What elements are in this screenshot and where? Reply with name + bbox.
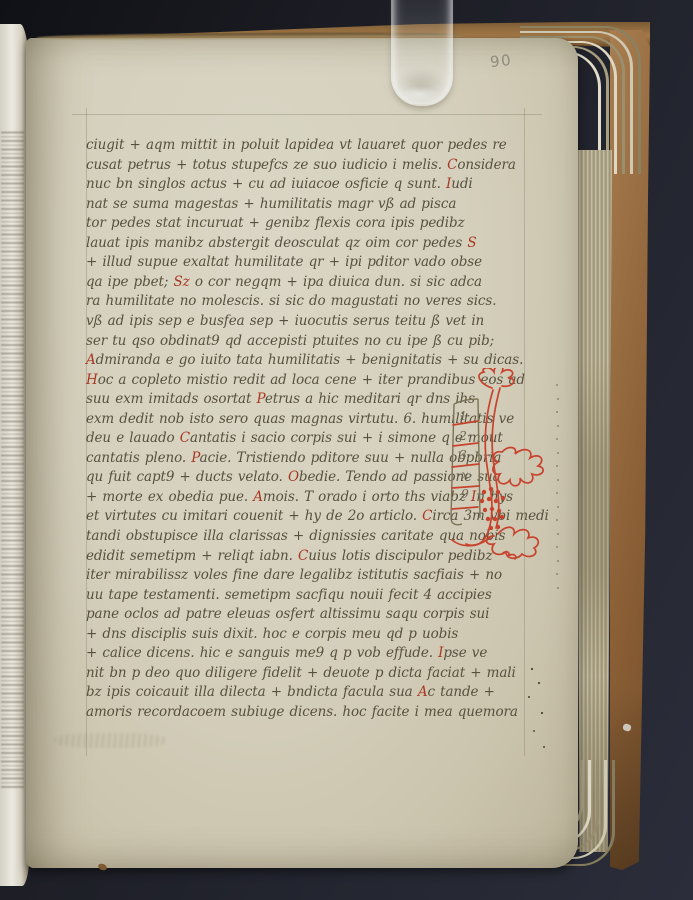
- rubricated-text: P: [191, 449, 199, 466]
- ink-text: tor pedes stat incuruat + genibz flexis …: [86, 215, 465, 232]
- prick-hole: [556, 573, 558, 575]
- ink-text: qa ipe pbet;: [86, 273, 173, 290]
- ink-text: cantatis pleno.: [86, 449, 191, 466]
- ink-text: ser tu qso obdinat9 qd accepisti ptuites…: [86, 332, 494, 349]
- ink-showthrough: [54, 733, 166, 748]
- ink-text: onsidera: [457, 156, 515, 173]
- margin-numeral: ·x·: [453, 468, 477, 488]
- parchment-tear-speck: [97, 863, 108, 872]
- ink-text: pane oclos ad patre eleuas osfert altiss…: [86, 606, 489, 623]
- manuscript-line: + illud supue exaltat humilitate qr + ip…: [86, 254, 532, 271]
- prick-hole: [556, 519, 558, 521]
- prick-hole: [556, 465, 558, 467]
- manuscript-line: + dns disciplis suis dixit. hoc e corpis…: [86, 625, 532, 642]
- grape-cluster: [480, 487, 505, 530]
- ink-text: vß ad ipis sep e busfea sep + iuocutis s…: [86, 313, 484, 330]
- rubricated-text: C: [180, 430, 190, 447]
- rubricated-text: C: [422, 508, 432, 525]
- manuscript-line: lauat ipis manibz abstergit deosculat qz…: [86, 234, 532, 251]
- manuscript-line: ser tu qso obdinat9 qd accepisti ptuites…: [86, 332, 532, 349]
- ink-text: + illud supue exaltat humilitate qr + ip…: [86, 254, 482, 271]
- folio-number: 90: [489, 51, 513, 71]
- rubricated-text: O: [288, 469, 299, 486]
- manuscript-line: ra humilitate no molescis. si sic do mag…: [86, 293, 532, 310]
- ink-text: ra humilitate no molescis. si sic do mag…: [86, 293, 496, 310]
- ink-text: qu fuit capt9 + ducts velato.: [86, 469, 288, 486]
- rubricated-text: S: [467, 234, 476, 251]
- facing-page-text-showthrough: [1, 129, 24, 789]
- ink-text: uu tape testamenti. semetipm sacfiqu nou…: [86, 586, 492, 603]
- manuscript-line: + calice dicens. hic e sanguis me9 q p v…: [86, 645, 532, 662]
- ink-text: + calice dicens. hic e sanguis me9 q p v…: [86, 645, 438, 662]
- ink-text: o cor negqm + ipa diuica dun. si sic adc…: [190, 273, 482, 290]
- ink-text: bz ipis coicauit illa dilecta + bndicta …: [86, 684, 418, 701]
- page-stack-fore-edge: [576, 150, 612, 852]
- prick-hole: [557, 560, 559, 562]
- ink-text: nuc bn singlos actus + cu ad iuiacoe osf…: [86, 176, 446, 193]
- ink-text: dmiranda e go iuito tata humilitatis + b…: [96, 352, 524, 369]
- manuscript-line: nat se suma magestas + humilitatis magr …: [86, 195, 532, 212]
- ink-text: amoris recordacoem subiuge dicens. hoc f…: [86, 704, 518, 721]
- margin-numeral: 2·: [453, 429, 477, 449]
- margin-numeral-list: 1·2·3··x·9: [453, 409, 477, 507]
- ink-text: iter mirabilissz voles fine dare legalib…: [86, 567, 502, 584]
- ink-text: udi: [451, 176, 472, 193]
- rubricated-text: C: [447, 156, 457, 173]
- rubricated-text: H: [86, 371, 98, 388]
- margin-numeral: 1·: [453, 409, 477, 429]
- prick-hole: [557, 425, 559, 427]
- manuscript-page: 90 ciugit + aqm mittit in poluit lapidea…: [26, 38, 578, 868]
- ink-text: + dns disciplis suis dixit. hoc e corpis…: [86, 625, 458, 642]
- prick-hole: [557, 533, 559, 535]
- manuscript-line: uu tape testamenti. semetipm sacfiqu nou…: [86, 586, 532, 603]
- plastic-tab: [391, 0, 453, 106]
- ink-text: c tande +: [427, 684, 494, 701]
- prick-hole: [557, 587, 559, 589]
- margin-numeral: 3·: [453, 448, 477, 468]
- prick-hole: [556, 492, 558, 494]
- prick-hole: [557, 398, 559, 400]
- manuscript-line: ciugit + aqm mittit in poluit lapidea vt…: [86, 137, 532, 154]
- ink-text: deu e lauado: [86, 430, 180, 447]
- ink-text: edidit semetipm + reliqt iabn.: [86, 547, 298, 564]
- prick-hole: [557, 506, 559, 508]
- manuscript-line: qa ipe pbet; Sz o cor negqm + ipa diuica…: [86, 273, 532, 290]
- prick-hole: [556, 384, 558, 386]
- prick-hole: [557, 479, 559, 481]
- rubricated-text: Sz: [173, 273, 189, 290]
- ink-text: + morte ex obedia pue.: [86, 488, 253, 505]
- manuscript-photo: 90 ciugit + aqm mittit in poluit lapidea…: [0, 0, 693, 900]
- rubricated-text: A: [86, 352, 96, 369]
- manuscript-line: vß ad ipis sep e busfea sep + iuocutis s…: [86, 313, 532, 330]
- ink-text: ciugit + aqm mittit in poluit lapidea vt…: [86, 137, 507, 154]
- ink-text: nat se suma magestas + humilitatis magr …: [86, 195, 456, 212]
- manuscript-line: iter mirabilissz voles fine dare legalib…: [86, 567, 532, 584]
- manuscript-line: amoris recordacoem subiuge dicens. hoc f…: [86, 704, 532, 721]
- prick-hole: [557, 452, 559, 454]
- ink-specks: [531, 668, 533, 670]
- rubricated-text: P: [257, 391, 265, 408]
- prick-hole: [556, 411, 558, 413]
- ink-text: cusat petrus + totus stupefcs ze suo iud…: [86, 156, 447, 173]
- prick-hole: [556, 546, 558, 548]
- ink-text: lauat ipis manibz abstergit deosculat qz…: [86, 234, 467, 251]
- ink-text: pse ve: [443, 645, 487, 662]
- manuscript-line: cusat petrus + totus stupefcs ze suo iud…: [86, 156, 532, 173]
- manuscript-line: nit bn p deo quo diligere fidelit + deuo…: [86, 664, 532, 681]
- rubricated-text: A: [253, 488, 263, 505]
- ink-text: et virtutes cu imitari couenit + hy de 2…: [86, 508, 422, 525]
- prick-hole: [556, 438, 558, 440]
- manuscript-line: tor pedes stat incuruat + genibz flexis …: [86, 215, 532, 232]
- margin-numeral: 9: [453, 487, 477, 507]
- ink-text: nit bn p deo quo diligere fidelit + deuo…: [86, 664, 516, 681]
- manuscript-line: pane oclos ad patre eleuas osfert altiss…: [86, 606, 532, 623]
- ink-text: suu exm imitads osortat: [86, 391, 257, 408]
- ruling-line-top: [72, 114, 542, 115]
- manuscript-line: nuc bn singlos actus + cu ad iuiacoe osf…: [86, 176, 532, 193]
- rubricated-text: C: [298, 547, 308, 564]
- manuscript-line: Admiranda e go iuito tata humilitatis + …: [86, 352, 532, 369]
- manuscript-line: bz ipis coicauit illa dilecta + bndicta …: [86, 684, 532, 701]
